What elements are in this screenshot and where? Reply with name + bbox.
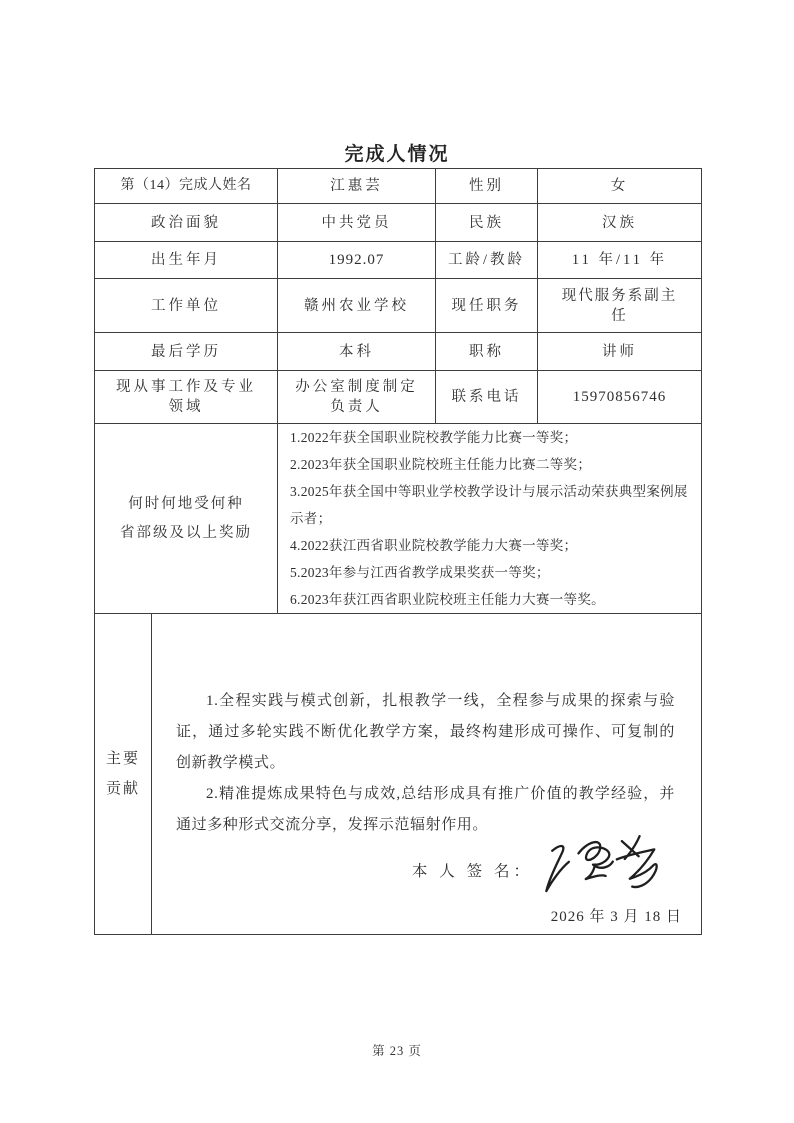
field-value-current-work-field: 办公室制度制定负责人 (278, 371, 436, 423)
field-label-main-contribution: 主要 贡献 (95, 614, 152, 934)
field-value-current-position: 现代服务系副主任 (538, 279, 701, 332)
field-label-work-unit: 工作单位 (95, 279, 278, 332)
field-label-gender: 性别 (436, 169, 538, 203)
award-item: 6.2023年获江西省职业院校班主任能力大赛一等奖。 (290, 586, 605, 613)
awards-list: 1.2022年获全国职业院校教学能力比赛一等奖； 2.2023年获全国职业院校班… (278, 424, 701, 613)
table-row: 政治面貌 中共党员 民族 汉族 (95, 204, 701, 242)
field-label-current-position: 现任职务 (436, 279, 538, 332)
field-label-phone: 联系电话 (436, 371, 538, 423)
field-label-birth-date: 出生年月 (95, 242, 278, 278)
field-value-education: 本科 (278, 333, 436, 370)
contribution-label-line1: 主要 (106, 744, 140, 774)
signature-line: 本 人 签 名： (152, 843, 701, 901)
field-value-ethnicity: 汉族 (538, 204, 701, 241)
field-value-political-status: 中共党员 (278, 204, 436, 241)
field-value-completer-name: 江惠芸 (278, 169, 436, 203)
contribution-row: 主要 贡献 1.全程实践与模式创新，扎根教学一线，全程参与成果的探索与验证，通过… (95, 614, 701, 934)
awards-row: 何时何地受何种 省部级及以上奖励 1.2022年获全国职业院校教学能力比赛一等奖… (95, 424, 701, 614)
contribution-label-line2: 贡献 (106, 774, 140, 804)
table-row: 工作单位 赣州农业学校 现任职务 现代服务系副主任 (95, 279, 701, 333)
field-label-education: 最后学历 (95, 333, 278, 370)
table-row: 出生年月 1992.07 工龄/教龄 11 年/11 年 (95, 242, 701, 279)
page-title: 完成人情况 (0, 139, 794, 166)
field-value-work-unit: 赣州农业学校 (278, 279, 436, 332)
field-label-title: 职称 (436, 333, 538, 370)
contribution-paragraph-1: 1.全程实践与模式创新，扎根教学一线，全程参与成果的探索与验证，通过多轮实践不断… (176, 686, 675, 779)
signature-label: 本 人 签 名： (412, 862, 533, 882)
award-item: 2.2023年获全国职业院校班主任能力比赛二等奖； (290, 451, 591, 478)
field-label-awards: 何时何地受何种 省部级及以上奖励 (95, 424, 278, 613)
contribution-text: 1.全程实践与模式创新，扎根教学一线，全程参与成果的探索与验证，通过多轮实践不断… (152, 686, 701, 841)
contribution-content: 1.全程实践与模式创新，扎根教学一线，全程参与成果的探索与验证，通过多轮实践不断… (152, 614, 701, 934)
field-label-current-work-field: 现从事工作及专业领域 (95, 371, 278, 423)
signature-date: 2026 年 3 月 18 日 (152, 907, 701, 927)
handwritten-signature-image (537, 827, 672, 902)
field-value-phone: 15970856746 (538, 371, 701, 423)
page-number: 第 23 页 (0, 1041, 794, 1059)
field-label-completer-name: 第（14）完成人姓名 (95, 169, 278, 203)
awards-label-line2: 省部级及以上奖励 (120, 519, 252, 548)
document-page: 完成人情况 第（14）完成人姓名 江惠芸 性别 女 政治面貌 中共党员 民族 汉… (0, 0, 794, 1123)
field-label-seniority: 工龄/教龄 (436, 242, 538, 278)
award-item: 1.2022年获全国职业院校教学能力比赛一等奖； (290, 424, 577, 451)
table-row: 最后学历 本科 职称 讲师 (95, 333, 701, 371)
award-item: 4.2022获江西省职业院校教学能力大赛一等奖； (290, 532, 577, 559)
table-row: 第（14）完成人姓名 江惠芸 性别 女 (95, 169, 701, 204)
field-value-seniority: 11 年/11 年 (538, 242, 701, 278)
field-label-political-status: 政治面貌 (95, 204, 278, 241)
field-value-title: 讲师 (538, 333, 701, 370)
field-value-gender: 女 (538, 169, 701, 203)
completer-info-table: 第（14）完成人姓名 江惠芸 性别 女 政治面貌 中共党员 民族 汉族 出生年月… (94, 168, 702, 935)
award-item: 3.2025年获全国中等职业学校教学设计与展示活动荣获典型案例展示者； (290, 478, 689, 532)
field-label-ethnicity: 民族 (436, 204, 538, 241)
field-value-birth-date: 1992.07 (278, 242, 436, 278)
awards-label-line1: 何时何地受何种 (128, 490, 244, 519)
award-item: 5.2023年参与江西省教学成果奖获一等奖； (290, 559, 550, 586)
table-row: 现从事工作及专业领域 办公室制度制定负责人 联系电话 15970856746 (95, 371, 701, 424)
